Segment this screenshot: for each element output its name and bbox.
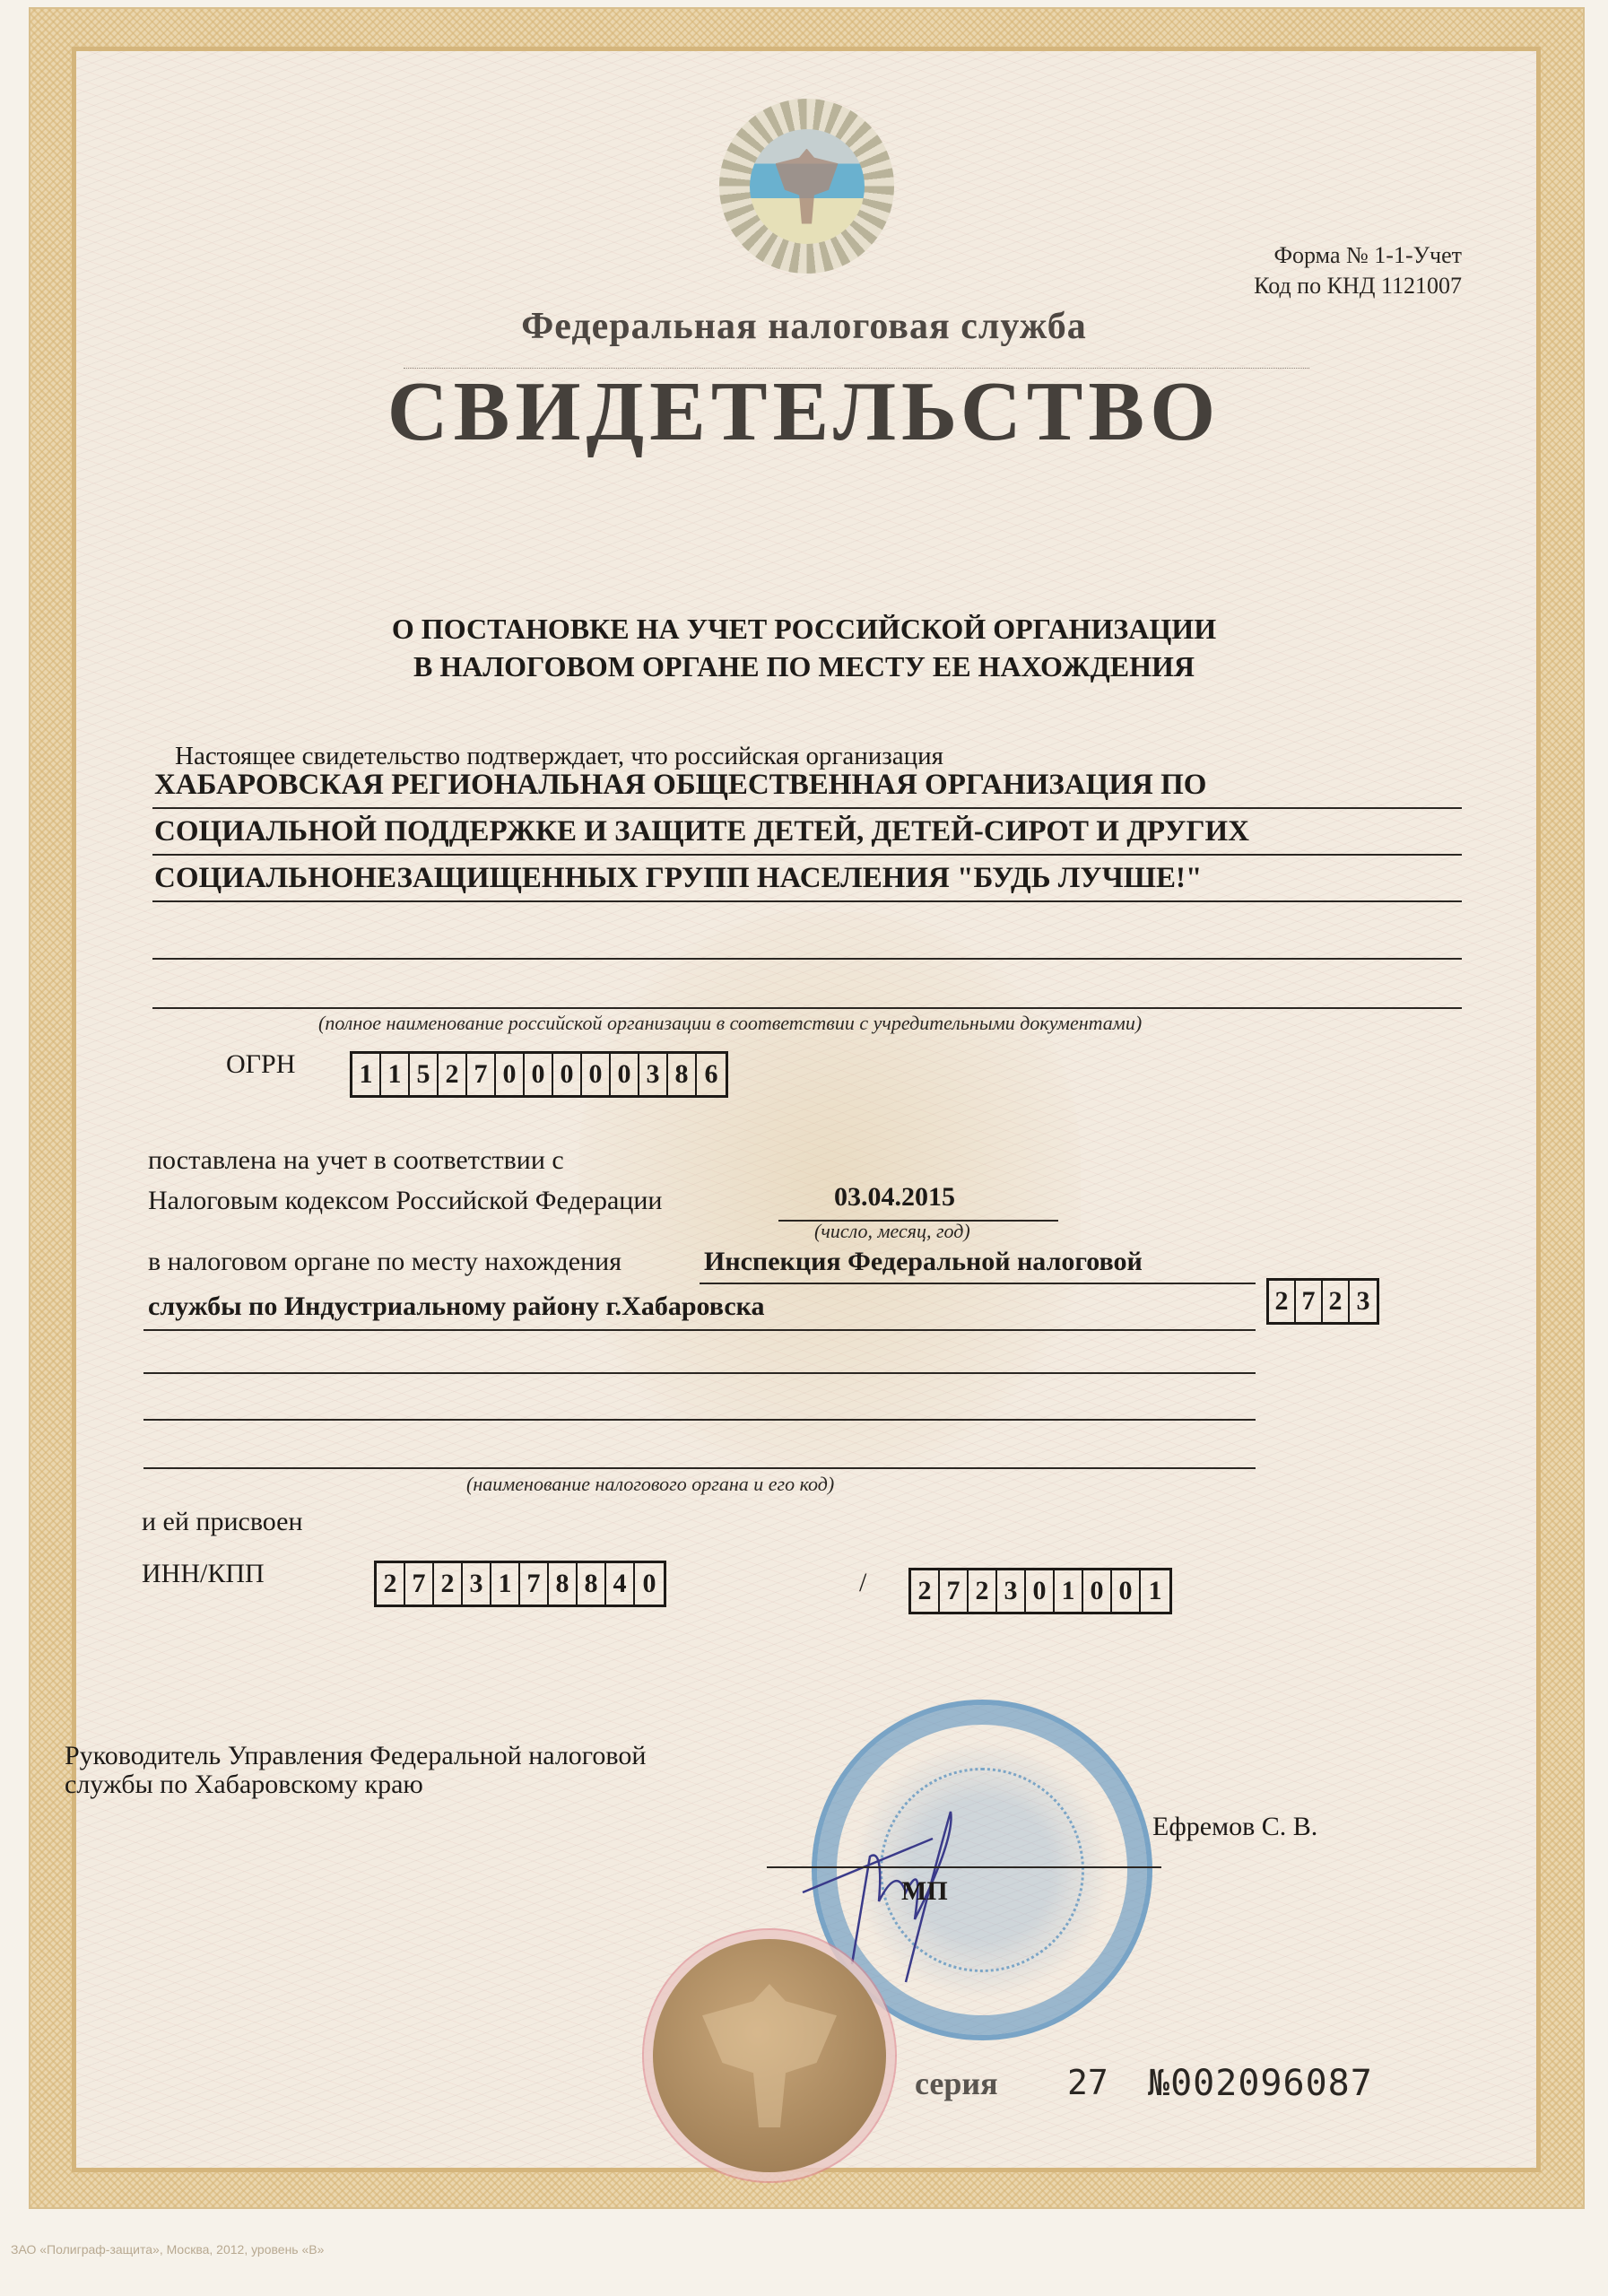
serial-number: №002096087 (1148, 2063, 1373, 2104)
ogrn-digit-boxes: 1152700000386 (350, 1051, 728, 1098)
registered-line-2: Налоговым кодексом Российской Федерации (148, 1186, 662, 1216)
digit-cell: 7 (940, 1570, 969, 1612)
organization-caption: (полное наименование российской организа… (318, 1012, 1142, 1035)
digit-cell: 0 (1083, 1570, 1112, 1612)
tax-office-caption: (наименование налогового органа и его ко… (466, 1473, 834, 1496)
form-number-block: Форма № 1-1-Учет Код по КНД 1121007 (1139, 240, 1462, 301)
digit-cell: 2 (434, 1563, 463, 1605)
blank-line (143, 1372, 1256, 1374)
digit-cell: 0 (496, 1054, 525, 1095)
digit-cell: 1 (491, 1563, 520, 1605)
organization-name-line: СОЦИАЛЬНОНЕЗАЩИЩЕННЫХ ГРУПП НАСЕЛЕНИЯ "Б… (152, 857, 1462, 902)
digit-cell: 3 (997, 1570, 1026, 1612)
registration-date: 03.04.2015 (834, 1182, 955, 1213)
digit-cell: 2 (1323, 1281, 1350, 1322)
digit-cell: 7 (1296, 1281, 1323, 1322)
digit-cell: 0 (553, 1054, 582, 1095)
digit-cell: 0 (1112, 1570, 1141, 1612)
digit-cell: 1 (1055, 1570, 1083, 1612)
digit-cell: 1 (381, 1054, 410, 1095)
date-caption: (число, месяц, год) (814, 1220, 970, 1243)
digit-cell: 4 (606, 1563, 635, 1605)
signatory-title: Руководитель Управления Федеральной нало… (65, 1742, 646, 1799)
digit-cell: 6 (697, 1054, 726, 1095)
gold-seal-sticker (653, 1939, 886, 2172)
digit-cell: 1 (352, 1054, 381, 1095)
tax-office-code-boxes: 2723 (1266, 1278, 1379, 1325)
seal-place-mark: МП (901, 1876, 948, 1907)
digit-cell: 0 (1026, 1570, 1055, 1612)
document-subtitle: О ПОСТАНОВКЕ НА УЧЕТ РОССИЙСКОЙ ОРГАНИЗА… (0, 610, 1608, 685)
tax-office-label: в налоговом органе по месту нахождения (148, 1247, 621, 1277)
organization-name-line (152, 964, 1462, 1009)
digit-cell: 3 (463, 1563, 491, 1605)
signatory-name: Ефремов С. В. (1152, 1812, 1317, 1842)
series-label: серия (915, 2065, 998, 2102)
tax-office-line-1: Инспекция Федеральной налоговой (704, 1247, 1143, 1277)
agency-name: Федеральная налоговая служба (0, 305, 1608, 348)
organization-name-line (152, 915, 1462, 960)
digit-cell: 7 (405, 1563, 434, 1605)
inn-digit-boxes: 2723178840 (374, 1561, 666, 1607)
digit-cell: 2 (969, 1570, 997, 1612)
form-number: Форма № 1-1-Учет (1139, 240, 1462, 271)
digit-cell: 1 (1141, 1570, 1169, 1612)
digit-cell: 2 (377, 1563, 405, 1605)
digit-cell: 8 (549, 1563, 578, 1605)
inn-kpp-label: ИНН/КПП (142, 1559, 265, 1589)
registered-line-1: поставлена на учет в соответствии с (148, 1145, 564, 1176)
digit-cell: 8 (578, 1563, 606, 1605)
digit-cell: 5 (410, 1054, 439, 1095)
digit-cell: 3 (1350, 1281, 1377, 1322)
digit-cell: 2 (911, 1570, 940, 1612)
tax-office-line-2: службы по Индустриальному району г.Хабар… (148, 1291, 765, 1322)
digit-cell: 0 (582, 1054, 611, 1095)
signature-rule (767, 1866, 1161, 1868)
digit-cell: 0 (525, 1054, 553, 1095)
series-value: 27 (1067, 2063, 1108, 2102)
embossed-eagle-icon (702, 1984, 837, 2127)
digit-cell: 0 (635, 1563, 664, 1605)
blank-line (143, 1419, 1256, 1421)
digit-cell: 7 (520, 1563, 549, 1605)
organization-name-line: СОЦИАЛЬНОЙ ПОДДЕРЖКЕ И ЗАЩИТЕ ДЕТЕЙ, ДЕТ… (152, 811, 1462, 856)
digit-cell: 7 (467, 1054, 496, 1095)
digit-cell: 0 (611, 1054, 639, 1095)
assigned-label: и ей присвоен (142, 1507, 303, 1537)
digit-cell: 3 (639, 1054, 668, 1095)
hologram-emblem-icon (719, 99, 894, 274)
blank-line (143, 1467, 1256, 1469)
knd-code: Код по КНД 1121007 (1139, 271, 1462, 301)
organization-name-line: ХАБАРОВСКАЯ РЕГИОНАЛЬНАЯ ОБЩЕСТВЕННАЯ ОР… (152, 764, 1462, 809)
printer-note: ЗАО «Полиграф-защита», Москва, 2012, уро… (11, 2242, 324, 2257)
document-title: СВИДЕТЕЛЬСТВО (0, 363, 1608, 460)
kpp-digit-boxes: 272301001 (908, 1568, 1172, 1614)
ogrn-label: ОГРН (226, 1049, 295, 1080)
double-headed-eagle-icon (776, 149, 839, 224)
inn-kpp-separator: / (859, 1568, 866, 1598)
digit-cell: 8 (668, 1054, 697, 1095)
digit-cell: 2 (1269, 1281, 1296, 1322)
digit-cell: 2 (439, 1054, 467, 1095)
